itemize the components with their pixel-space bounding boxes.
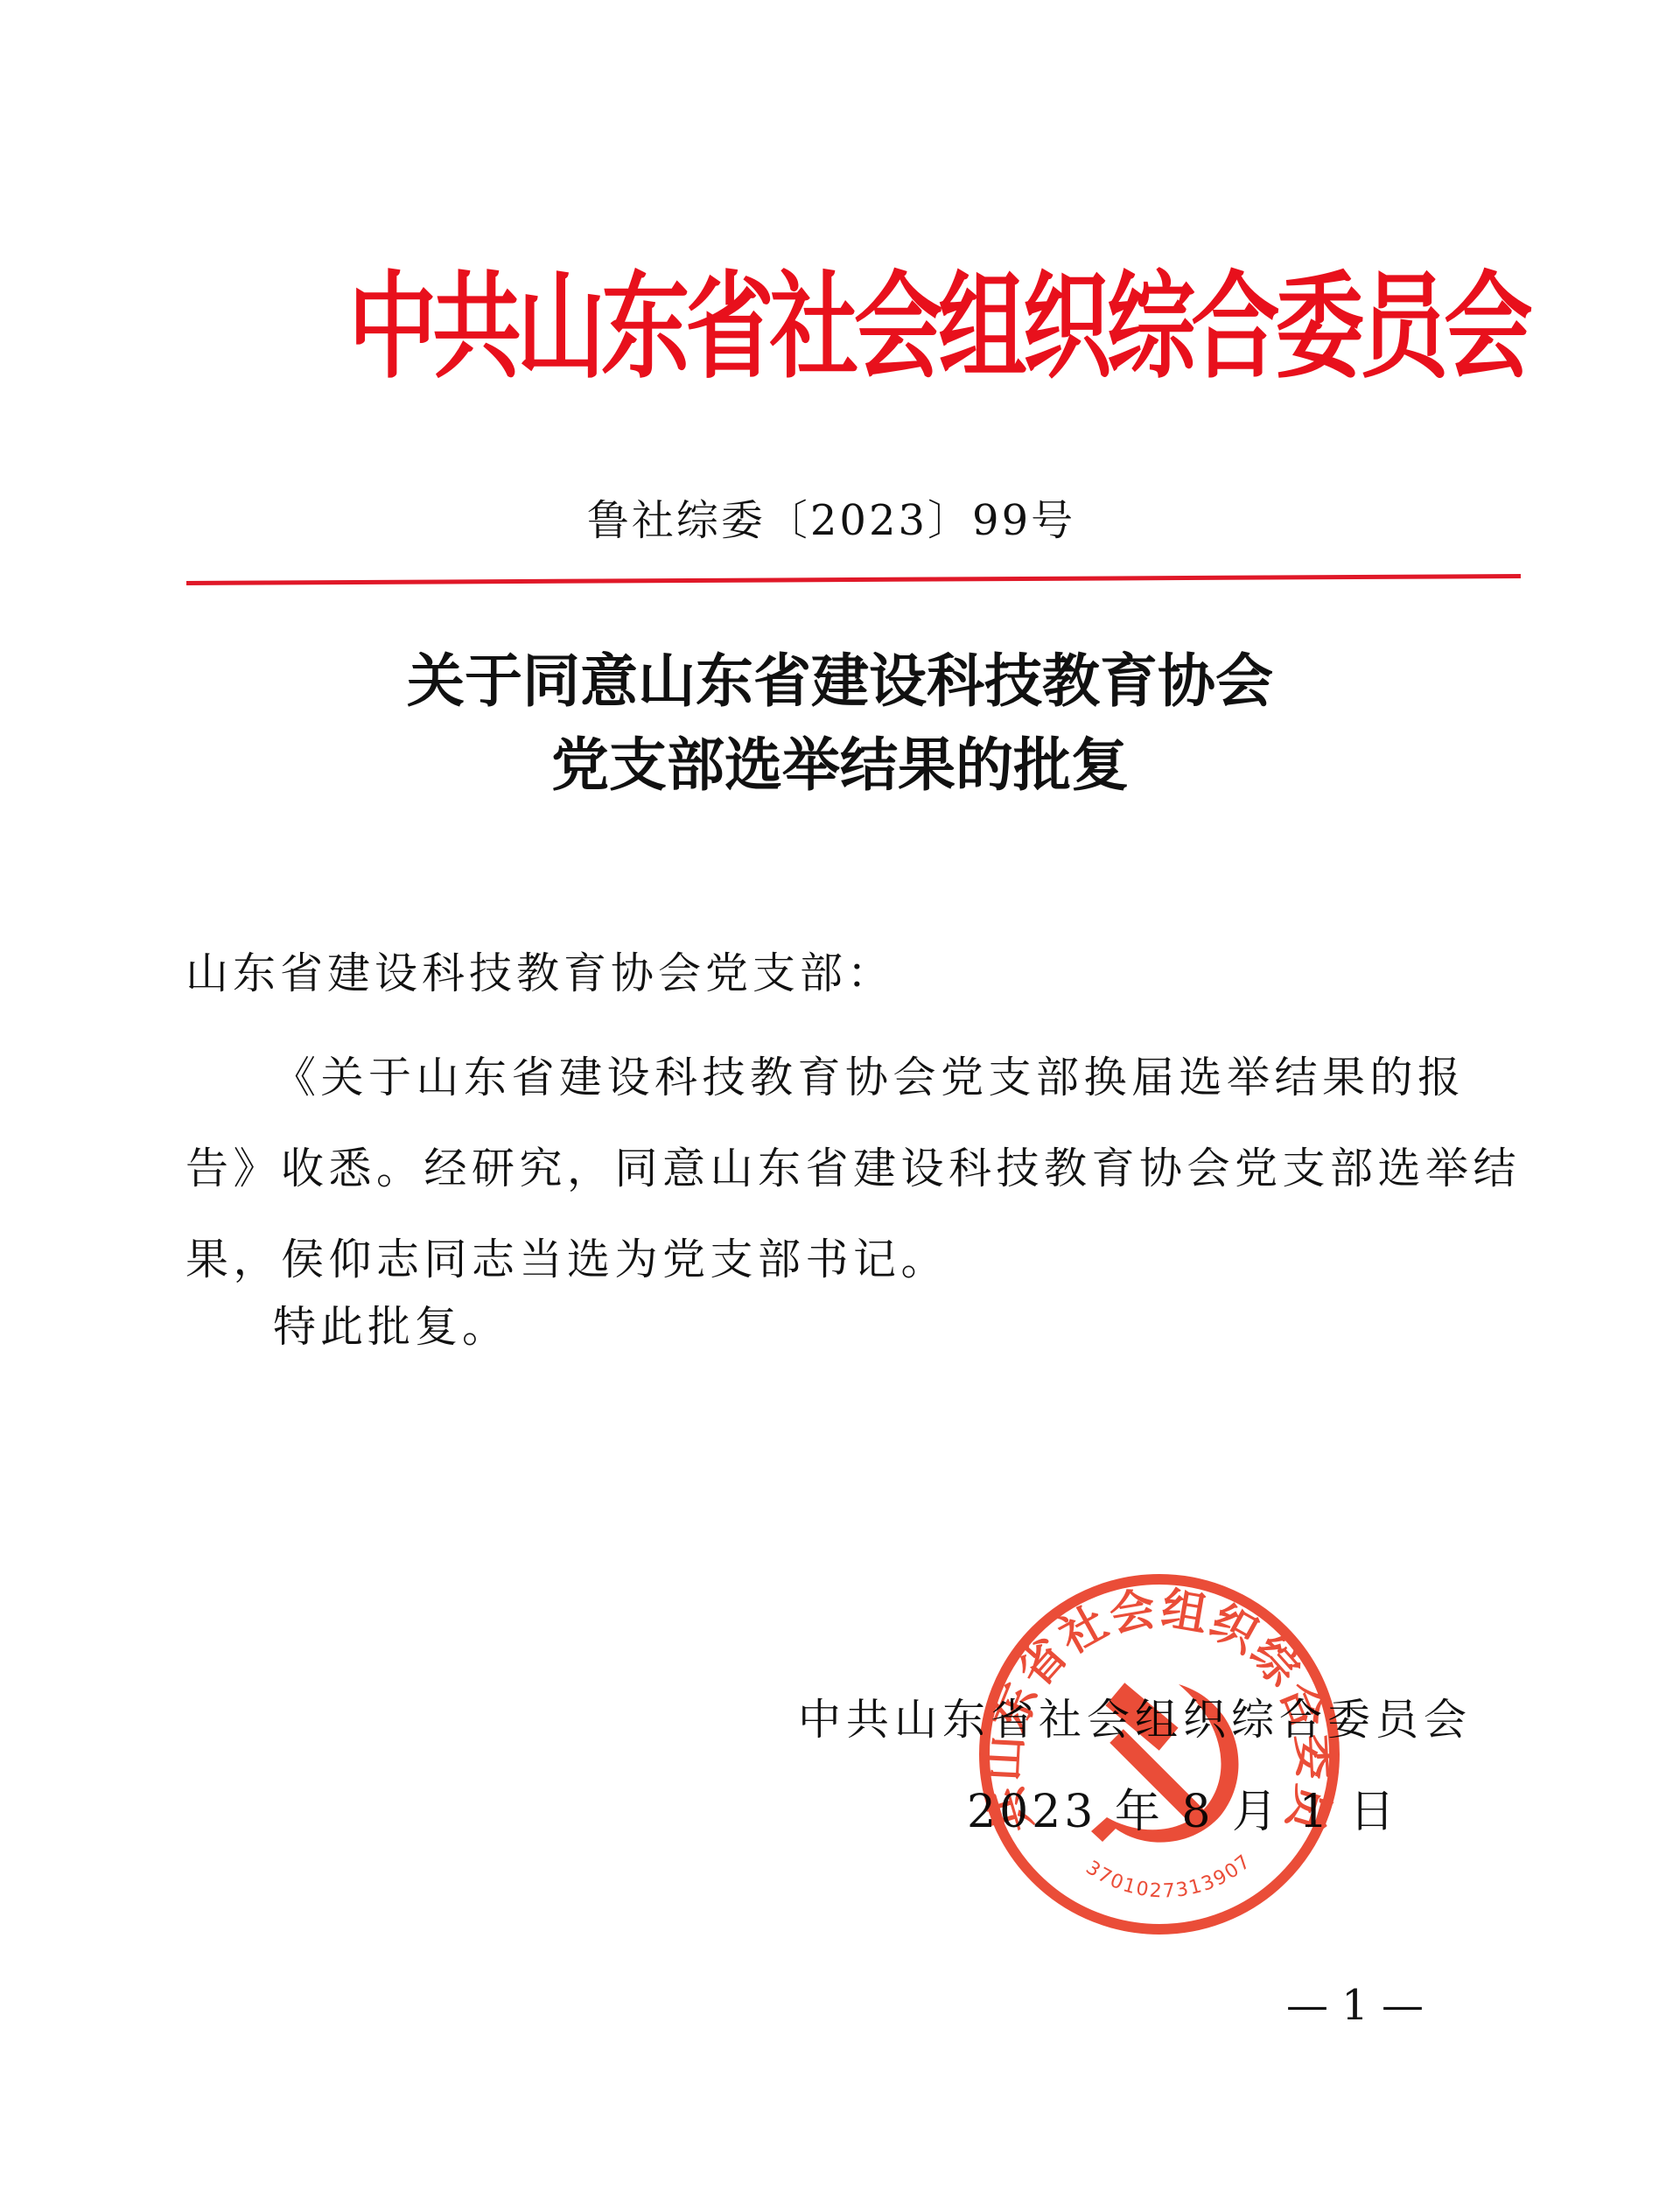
page-number: — 1 — [1286, 1979, 1424, 2032]
salutation: 山东省建设科技教育协会党支部： [185, 947, 894, 1001]
red-divider-line [186, 574, 1521, 585]
document-title: 关于同意山东省建设科技教育协会 党支部选举结果的批复 [262, 639, 1417, 807]
issuer-header: 中共山东省社会组织综合委员会 [348, 258, 1402, 395]
document-page: 中共山东省社会组织综合委员会 鲁社综委〔2023〕99号 关于同意山东省建设科技… [0, 0, 1680, 2197]
seal-code: 3701027313907 [1081, 1851, 1256, 1903]
hammer-and-sickle-icon [1091, 1683, 1238, 1842]
official-seal: 中共山东省社会组织综合委员会 3701027313907 [976, 1571, 1343, 1938]
seal-icon: 中共山东省社会组织综合委员会 3701027313907 [976, 1571, 1343, 1938]
title-line-1: 关于同意山东省建设科技教育协会 [262, 639, 1417, 723]
body-line-1: 《关于山东省建设科技教育协会党支部换届选举结果的报 [185, 1032, 1524, 1123]
body-line-3: 果，侯仰志同志当选为党支部书记。 [185, 1214, 1524, 1305]
body-paragraph: 《关于山东省建设科技教育协会党支部换届选举结果的报 告》收悉。经研究，同意山东省… [185, 1032, 1524, 1305]
svg-text:中共山东省社会组织综合委员会: 中共山东省社会组织综合委员会 [976, 1571, 1342, 1841]
closing-phrase: 特此批复。 [273, 1300, 509, 1354]
seal-ring-text: 中共山东省社会组织综合委员会 [976, 1571, 1342, 1841]
title-line-2: 党支部选举结果的批复 [262, 723, 1417, 807]
body-line-2: 告》收悉。经研究，同意山东省建设科技教育协会党支部选举结 [185, 1123, 1524, 1214]
document-number: 鲁社综委〔2023〕99号 [569, 494, 1094, 547]
svg-text:3701027313907: 3701027313907 [1081, 1851, 1256, 1903]
